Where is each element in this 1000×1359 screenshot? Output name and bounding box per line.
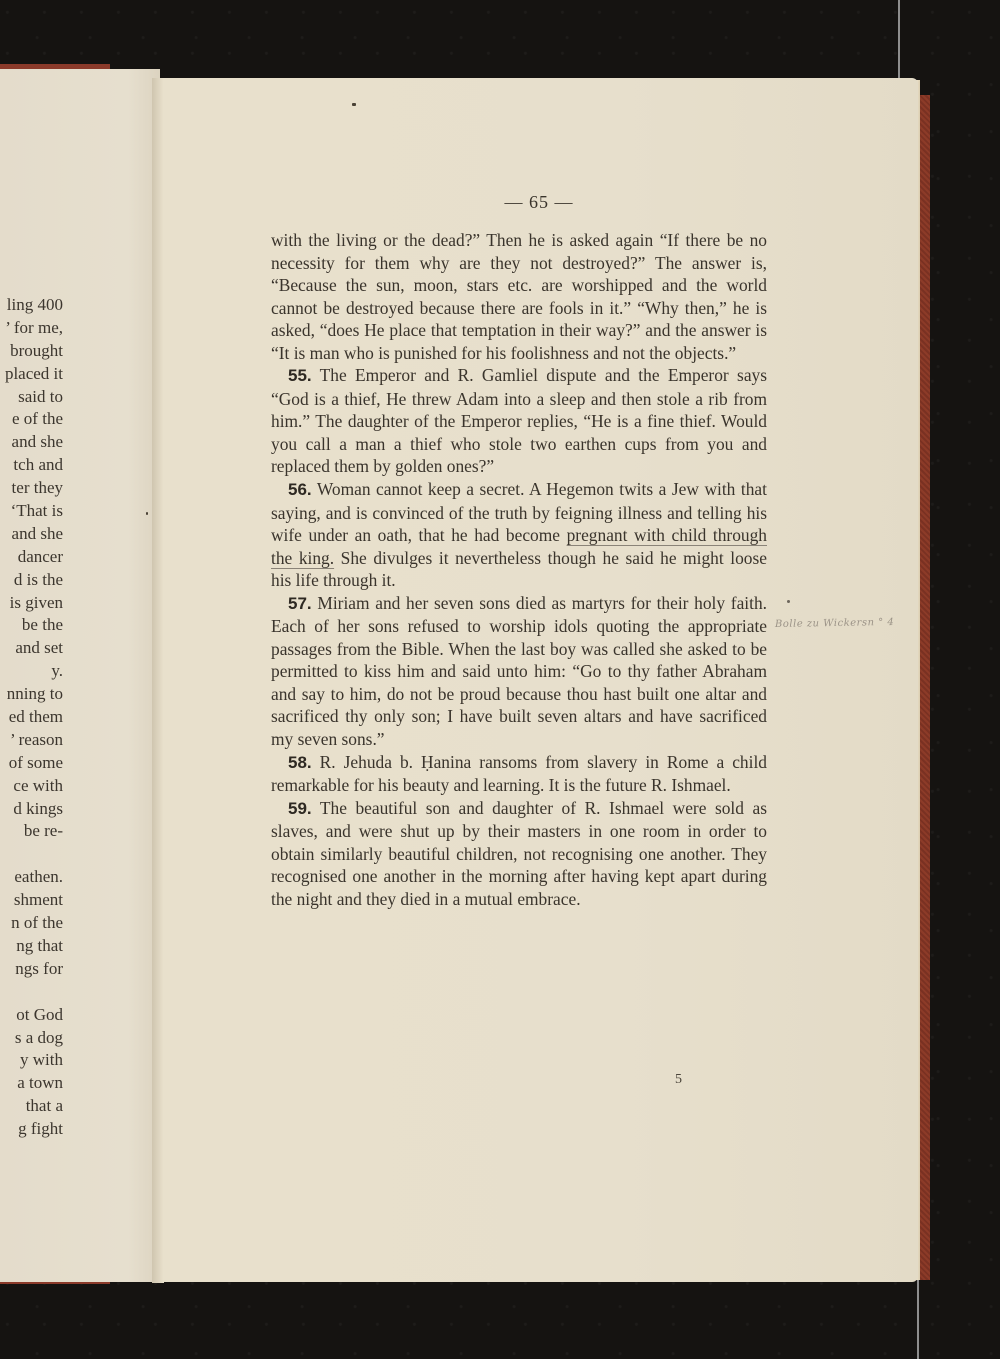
paragraph-text: The Emperor and R. Gamliel dispute and t… <box>271 365 767 476</box>
continuation-paragraph: with the living or the dead?” Then he is… <box>271 229 767 364</box>
left-page-line: and she <box>0 431 63 454</box>
left-page: ling 400’ for me,broughtplaced itsaid to… <box>0 69 160 1282</box>
left-page-line: be the <box>0 614 63 637</box>
left-page-line: a town <box>0 1072 63 1095</box>
left-page-line: ‘That is <box>0 500 63 523</box>
left-page-text: ling 400’ for me,broughtplaced itsaid to… <box>0 294 63 1141</box>
paragraph-text: The beautiful son and daughter of R. Ish… <box>271 798 767 909</box>
paper-speck <box>352 103 356 106</box>
paragraph-number: 57. <box>288 594 312 613</box>
left-page-line: e of the <box>0 408 63 431</box>
left-page-line: ot God <box>0 1004 63 1027</box>
left-page-line: ngs for <box>0 958 63 981</box>
left-page-line: brought <box>0 340 63 363</box>
left-page-line: ’ for me, <box>0 317 63 340</box>
left-page-line: eathen. <box>0 866 63 889</box>
paper-speck <box>146 512 148 515</box>
paragraph-56: 56. Woman cannot keep a secret. A Hegemo… <box>271 478 767 592</box>
left-page-line: y. <box>0 660 63 683</box>
left-page-line <box>0 843 63 866</box>
left-page-line: and she <box>0 523 63 546</box>
handwritten-margin-note: Bolle zu Wickersn ° 4 <box>775 617 894 630</box>
paragraph-57: 57. Miriam and her seven sons died as ma… <box>271 592 767 751</box>
support-line <box>917 1280 919 1359</box>
left-page-line: and set <box>0 637 63 660</box>
support-line <box>898 0 900 80</box>
left-page-line: ng that <box>0 935 63 958</box>
left-page-line: dancer <box>0 546 63 569</box>
left-page-line: s a dog <box>0 1027 63 1050</box>
left-page-line: is given <box>0 592 63 615</box>
paragraph-number: 58. <box>288 753 312 772</box>
left-page-line: placed it <box>0 363 63 386</box>
paragraph-text: Miriam and her seven sons died as martyr… <box>271 593 767 749</box>
left-page-line: n of the <box>0 912 63 935</box>
left-page-line: that a <box>0 1095 63 1118</box>
signature-mark: 5 <box>675 1072 682 1088</box>
left-page-line: be re- <box>0 820 63 843</box>
page-body: with the living or the dead?” Then he is… <box>271 229 767 910</box>
left-page-line: g fight <box>0 1118 63 1141</box>
paragraph-text: She divulges it nevertheless though he s… <box>271 548 767 591</box>
left-page-line: d is the <box>0 569 63 592</box>
left-page-line: ce with <box>0 775 63 798</box>
paragraph-text: R. Jehuda b. Ḥanina ransoms from slavery… <box>271 752 767 796</box>
left-page-line: of some <box>0 752 63 775</box>
gutter-shadow <box>152 78 164 1283</box>
paragraph-number: 59. <box>288 799 312 818</box>
left-page-line: ed them <box>0 706 63 729</box>
paragraph-number: 55. <box>288 366 312 385</box>
left-page-line: nning to <box>0 683 63 706</box>
paragraph-58: 58. R. Jehuda b. Ḥanina ransoms from sla… <box>271 751 767 797</box>
left-page-line: y with <box>0 1049 63 1072</box>
left-page-line: ’ reason <box>0 729 63 752</box>
page-number: — 65 — <box>160 192 918 213</box>
left-page-line: ling 400 <box>0 294 63 317</box>
margin-dot <box>787 600 790 603</box>
left-page-line: shment <box>0 889 63 912</box>
left-page-line: tch and <box>0 454 63 477</box>
left-page-line: d kings <box>0 798 63 821</box>
left-page-line <box>0 981 63 1004</box>
left-page-line: said to <box>0 386 63 409</box>
paragraph-number: 56. <box>288 480 312 499</box>
paragraph-55: 55. The Emperor and R. Gamliel dispute a… <box>271 364 767 478</box>
left-page-line: ter they <box>0 477 63 500</box>
paragraph-59: 59. The beautiful son and daughter of R.… <box>271 797 767 911</box>
